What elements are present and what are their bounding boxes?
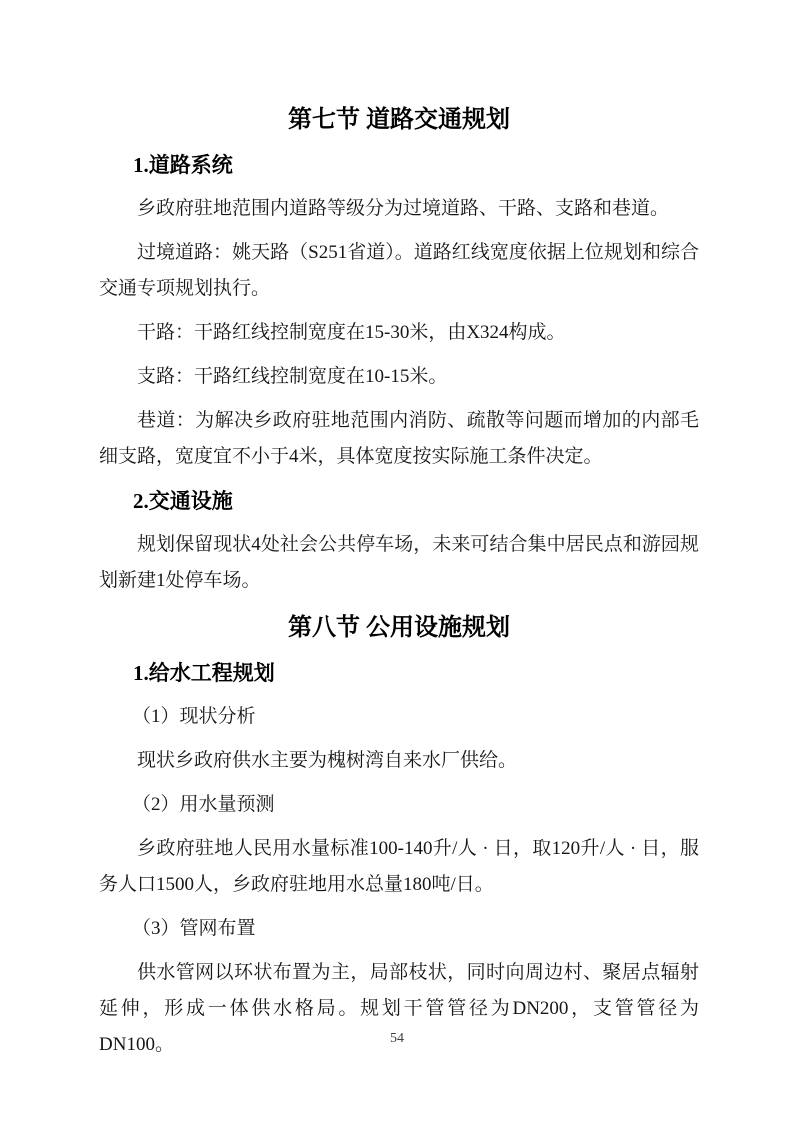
section-title: 第八节 公用设施规划 — [99, 609, 699, 647]
numbered-heading: 1.给水工程规划 — [99, 655, 699, 691]
numbered-heading: 2.交通设施 — [99, 483, 699, 519]
body-paragraph: 支路：干路红线控制宽度在10-15米。 — [99, 359, 699, 395]
body-paragraph: 过境道路：姚天路（S251省道）。道路红线宽度依据上位规划和综合交通专项规划执行… — [99, 235, 699, 307]
sub-heading: （1）现状分析 — [99, 699, 699, 735]
body-paragraph: 乡政府驻地人民用水量标准100-140升/人 · 日，取120升/人 · 日，服… — [99, 831, 699, 903]
body-paragraph: 巷道：为解决乡政府驻地范围内消防、疏散等问题而增加的内部毛细支路，宽度宜不小于4… — [99, 403, 699, 475]
body-paragraph: 现状乡政府供水主要为槐树湾自来水厂供给。 — [99, 743, 699, 779]
body-paragraph: 乡政府驻地范围内道路等级分为过境道路、干路、支路和巷道。 — [99, 191, 699, 227]
body-paragraph: 干路：干路红线控制宽度在15-30米，由X324构成。 — [99, 315, 699, 351]
sub-heading: （3）管网布置 — [99, 911, 699, 947]
document-page: 第七节 道路交通规划 1.道路系统 乡政府驻地范围内道路等级分为过境道路、干路、… — [0, 0, 794, 1122]
section-title: 第七节 道路交通规划 — [99, 101, 699, 139]
sub-heading: （2）用水量预测 — [99, 787, 699, 823]
page-number: 54 — [0, 1031, 794, 1047]
body-paragraph: 规划保留现状4处社会公共停车场，未来可结合集中居民点和游园规划新建1处停车场。 — [99, 527, 699, 599]
numbered-heading: 1.道路系统 — [99, 147, 699, 183]
